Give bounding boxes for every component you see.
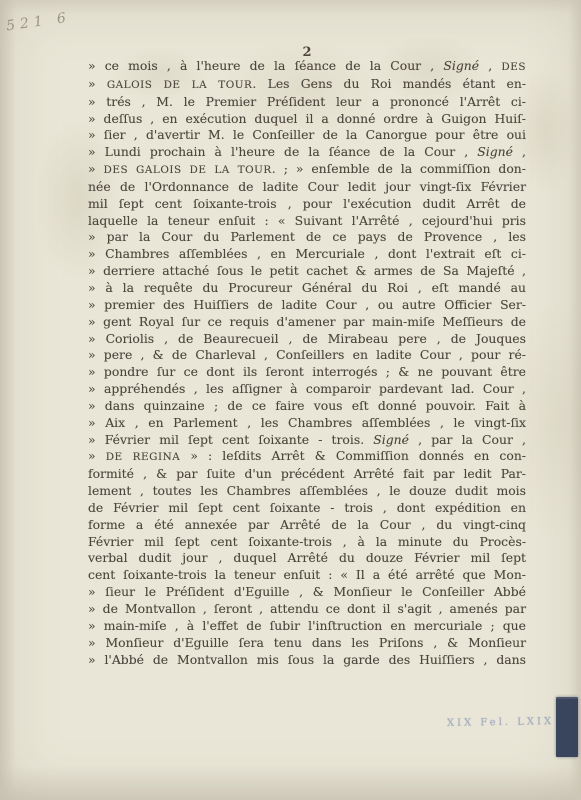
text-line: » pere , & de Charleval , Conſeillers en…	[88, 347, 526, 364]
text-line: née de l'Ordonnance de ladite Cour ledit…	[88, 179, 526, 196]
text-line: » trés , M. le Premier Préſident leur a …	[88, 94, 526, 111]
text-line: » Aix , en Parlement , les Chambres aſſe…	[88, 415, 526, 432]
shelf-label	[556, 697, 578, 757]
text-line: » Coriolis , de Beaurecueil , de Mirabea…	[88, 331, 526, 348]
text-line: lement , toutes les Chambres aſſemblées …	[88, 483, 526, 500]
text-line: » DES GALOIS DE LA TOUR. ; » enſemble de…	[88, 161, 526, 179]
text-line: » ce mois , à l'heure de la ſéance de la…	[88, 58, 526, 76]
text-line: » dans quinzaine ; de ce faire vous eſt …	[88, 398, 526, 415]
handwritten-inscription: 521 6	[5, 10, 72, 35]
body-text: » ce mois , à l'heure de la ſéance de la…	[88, 58, 526, 668]
text-line: » GALOIS DE LA TOUR. Les Gens du Roi man…	[88, 76, 526, 94]
text-line: » DE REGINA » : leſdits Arrêt & Commiſſi…	[88, 448, 526, 466]
text-line: » Monſieur d'Eguille ſera tenu dans les …	[88, 635, 526, 652]
text-line: forme a été annexée par Arrêté de la Cou…	[88, 517, 526, 534]
text-line: » Lundi prochain à l'heure de la ſéance …	[88, 144, 526, 161]
text-line: » deſſus , en exécution duquel il a donn…	[88, 111, 526, 128]
text-line: » Chambres aſſemblées , en Mercuriale , …	[88, 246, 526, 263]
document-page: 521 6 2 » ce mois , à l'heure de la ſéan…	[0, 0, 581, 800]
text-line: » par la Cour du Parlement de ce pays de…	[88, 229, 526, 246]
text-line: » l'Abbé de Montvallon mis ſous la garde…	[88, 652, 526, 669]
library-stamp: XIX Fel. LXIX	[447, 716, 554, 729]
text-line: de Février mil ſept cent ſoixante - troi…	[88, 500, 526, 517]
text-line: formité , & par ſuite d'un précédent Arr…	[88, 466, 526, 483]
text-line: » derriere attaché ſous le petit cachet …	[88, 263, 526, 280]
text-line: » Février mil ſept cent ſoixante - trois…	[88, 432, 526, 449]
text-line: » ſier , d'avertir M. le Conſeiller de l…	[88, 127, 526, 144]
text-line: » à la requête du Procureur Général du R…	[88, 280, 526, 297]
text-line: » ſieur le Préſident d'Eguille , & Monſi…	[88, 584, 526, 601]
text-line: verbal dudit jour , duquel Arrêté du dou…	[88, 550, 526, 567]
text-line: » premier des Huiſſiers de ladite Cour ,…	[88, 297, 526, 314]
text-line: » pondre ſur ce dont ils ſeront interrog…	[88, 364, 526, 381]
text-line: mil ſept cent ſoixante-trois , pour l'ex…	[88, 196, 526, 213]
text-line: » appréhendés , les aſſigner à comparoir…	[88, 381, 526, 398]
text-line: Février mil ſept cent ſoixante-trois , à…	[88, 534, 526, 551]
text-line: laquelle la teneur enſuit : « Suivant l'…	[88, 213, 526, 230]
text-line: » gent Royal ſur ce requis d'amener par …	[88, 314, 526, 331]
text-line: » de Montvallon , ſeront , attendu ce do…	[88, 601, 526, 618]
text-line: » main-miſe , à l'effet de ſubir l'inſtr…	[88, 618, 526, 635]
text-line: cent ſoixante-trois la teneur enſuit : «…	[88, 567, 526, 584]
